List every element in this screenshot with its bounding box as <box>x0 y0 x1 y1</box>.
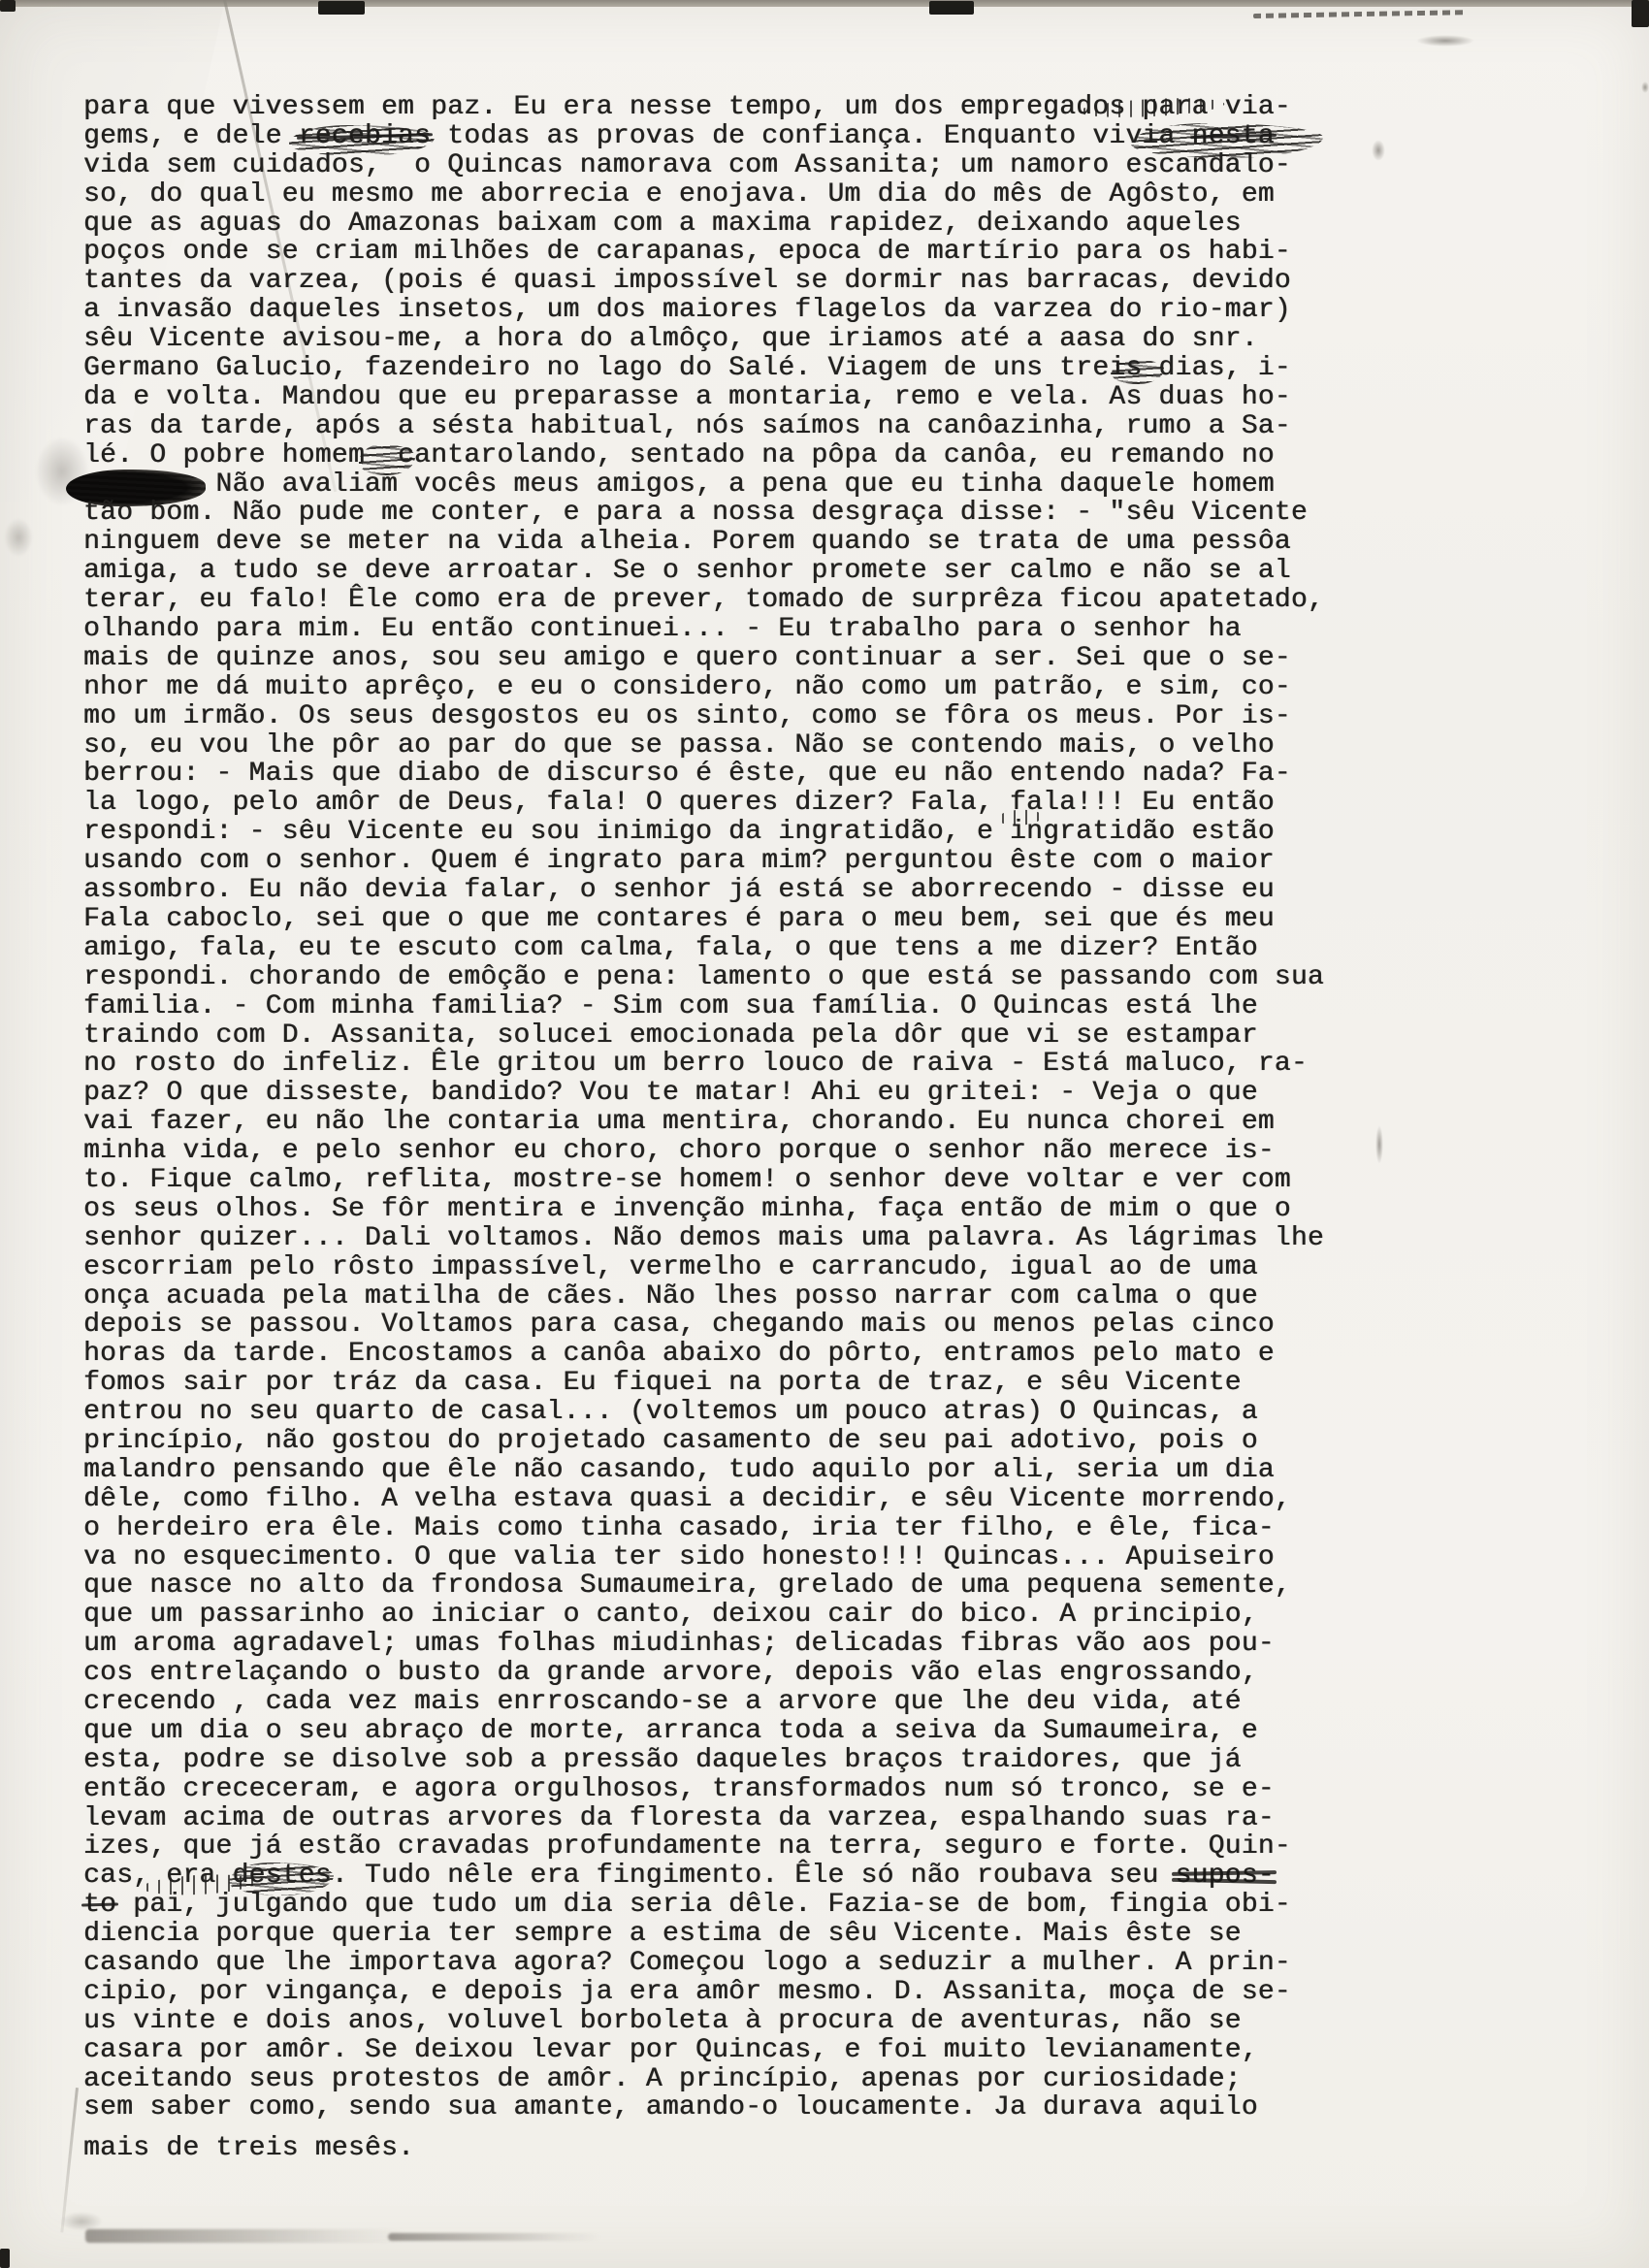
scratch-speck-top-right <box>1416 35 1474 47</box>
text-line: vida sem cuidados, o Quincas namorava co… <box>83 151 1324 180</box>
text-line: ninguem deve se meter na vida alheia. Po… <box>83 528 1324 557</box>
text-line: paz? O que disseste, bandido? Vou te mat… <box>83 1079 1324 1108</box>
smudge-bottom <box>85 2229 405 2243</box>
text-line: cas, era destes. Tudo nêle era fingiment… <box>83 1862 1324 1891</box>
text-line: que um passarinho ao iniciar o canto, de… <box>83 1601 1324 1630</box>
text-line: onça acuada pela matilha de cães. Não lh… <box>83 1282 1324 1312</box>
text-line: respondi: - sêu Vicente eu sou inimigo d… <box>83 818 1324 847</box>
text-line: izes, que já estão cravadas profundament… <box>83 1832 1324 1862</box>
text-line: nhor me dá muito aprêço, e eu o consider… <box>83 673 1324 702</box>
edge-mark-bottom-left <box>0 2249 10 2268</box>
text-line: malandro pensando que êle não casando, t… <box>83 1456 1324 1485</box>
text-line: vai fazer, eu não lhe contaria uma menti… <box>83 1108 1324 1137</box>
text-line: traindo com D. Assanita, solucei emocion… <box>83 1021 1324 1051</box>
text-line: levam acima de outras arvores da florest… <box>83 1804 1324 1833</box>
margin-speck-right-2 <box>1641 81 1649 93</box>
text-line: va no esquecimento. O que valia ter sido… <box>83 1543 1324 1572</box>
struck-text: supos- <box>1175 1861 1274 1891</box>
text-line: gems, e dele recebias todas as provas de… <box>83 122 1324 151</box>
text-line: olhando para mim. Eu então continuei... … <box>83 615 1324 644</box>
text-line: tantes da varzea, (pois é quasi impossív… <box>83 267 1324 296</box>
text-line: que um dia o seu abraço de morte, arranc… <box>83 1717 1324 1746</box>
text-line: que nasce no alto da frondosa Sumaumeira… <box>83 1571 1324 1601</box>
text-line: mais de treis mesês. <box>83 2134 1324 2163</box>
text-line: minha vida, e pelo senhor eu choro, chor… <box>83 1137 1324 1166</box>
text-line: cipio, por vingança, e depois ja era amô… <box>83 1978 1324 2007</box>
text-line: assombro. Eu não devia falar, o senhor j… <box>83 876 1324 905</box>
scan-edge-bar-top <box>0 0 1649 7</box>
text-line: Germano Galucio, fazendeiro no lago do S… <box>83 354 1324 383</box>
text-line: fomos sair por tráz da casa. Eu fiquei n… <box>83 1369 1324 1398</box>
margin-speck-right-3 <box>1375 1125 1383 1164</box>
text-line: lé. O pobre homem cantarolando, sentado … <box>83 441 1324 470</box>
text-line: no rosto do infeliz. Êle gritou um berro… <box>83 1050 1324 1079</box>
text-line: terar, eu falo! Êle como era de prever, … <box>83 586 1324 615</box>
text-line: esta, podre se disolve sob a pressão daq… <box>83 1746 1324 1775</box>
margin-speck-right-1 <box>1372 140 1385 161</box>
text-line: crecendo , cada vez mais enrroscando-se … <box>83 1688 1324 1717</box>
scratch-line-top-right <box>1253 10 1467 18</box>
text-line: Não avaliam vocês meus amigos, a pena qu… <box>83 470 1324 500</box>
text-line: aceitando seus protestos de amôr. A prin… <box>83 2065 1324 2094</box>
text-line: cos entrelaçando o busto da grande arvor… <box>83 1659 1324 1688</box>
text-line: senhor quizer... Dali voltamos. Não demo… <box>83 1224 1324 1253</box>
text-line: sem saber como, sendo sua amante, amando… <box>83 2093 1324 2122</box>
text-line: mo um irmão. Os seus desgostos eu os sin… <box>83 702 1324 731</box>
text-line: so, eu vou lhe pôr ao par do que se pass… <box>83 731 1324 761</box>
text-line: que as aguas do Amazonas baixam com a ma… <box>83 210 1324 239</box>
text-line: amigo, fala, eu te escuto com calma, fal… <box>83 934 1324 963</box>
crease-bottom-left <box>60 2088 79 2232</box>
smudge-bottom-tail <box>388 2233 601 2241</box>
text-line: familia. - Com minha familia? - Sim com … <box>83 992 1324 1021</box>
text-line: berrou: - Mais que diabo de discurso é ê… <box>83 760 1324 789</box>
text-line: um aroma agradavel; umas folhas miudinha… <box>83 1630 1324 1659</box>
text-line: to pai, julgando que tudo um dia seria d… <box>83 1891 1324 1920</box>
text-line: ras da tarde, após a sésta habitual, nós… <box>83 412 1324 441</box>
text-line: tão bom. Não pude me conter, e para a no… <box>83 499 1324 528</box>
crease-hook-bottom-left <box>60 2212 103 2231</box>
struck-text: nesta <box>1192 121 1275 151</box>
text-line: casando que lhe importava agora? Começou… <box>83 1949 1324 1978</box>
text-line: da e volta. Mandou que eu preparasse a m… <box>83 383 1324 412</box>
text-line: la logo, pelo amôr de Deus, fala! O quer… <box>83 789 1324 818</box>
struck-text: recebias <box>299 121 431 151</box>
text-line: so, do qual eu mesmo me aborrecia e enoj… <box>83 180 1324 210</box>
text-line: horas da tarde. Encostamos a canôa abaix… <box>83 1340 1324 1369</box>
text-line: depois se passou. Voltamos para casa, ch… <box>83 1311 1324 1340</box>
text-line: casara por amôr. Se deixou levar por Qui… <box>83 2036 1324 2065</box>
text-line: princípio, não gostou do projetado casam… <box>83 1427 1324 1456</box>
text-line: diencia porque queria ter sempre a estim… <box>83 1920 1324 1949</box>
text-line: a invasão daqueles insetos, um dos maior… <box>83 296 1324 325</box>
text-line: escorriam pelo rôsto impassível, vermelh… <box>83 1253 1324 1282</box>
text-line: mais de quinze anos, sou seu amigo e que… <box>83 644 1324 673</box>
text-line: respondi. chorando de emôção e pena: lam… <box>83 963 1324 992</box>
text-line: para que vivessem em paz. Eu era nesse t… <box>83 93 1324 122</box>
text-line: us vinte e dois anos, voluvel borboleta … <box>83 2007 1324 2036</box>
text-line: então crececeram, e agora orgulhosos, tr… <box>83 1775 1324 1804</box>
text-line: o herdeiro era êle. Mais como tinha casa… <box>83 1514 1324 1543</box>
text-line: poços onde se criam milhões de carapanas… <box>83 238 1324 267</box>
text-line: Fala caboclo, sei que o que me contares … <box>83 905 1324 934</box>
corner-mark-top-right <box>1632 0 1649 27</box>
binding-mark-left <box>318 1 365 15</box>
struck-text: to <box>83 1890 116 1920</box>
text-line: usando com o senhor. Quem é ingrato para… <box>83 847 1324 876</box>
binding-mark-right <box>929 1 974 15</box>
text-line: amiga, a tudo se deve arroatar. Se o sen… <box>83 557 1324 586</box>
text-line: os seus olhos. Se fôr mentira e invenção… <box>83 1195 1324 1224</box>
text-line: sêu Vicente avisou-me, a hora do almôço,… <box>83 325 1324 354</box>
scanned-page: para que vivessem em paz. Eu era nesse t… <box>0 0 1649 2268</box>
margin-smear-left-2 <box>4 518 33 557</box>
text-line: dêle, como filho. A velha estava quasi a… <box>83 1485 1324 1514</box>
text-line: entrou no seu quarto de casal... (voltem… <box>83 1398 1324 1427</box>
text-line: to. Fique calmo, reflita, mostre-se home… <box>83 1166 1324 1195</box>
typewritten-text: para que vivessem em paz. Eu era nesse t… <box>83 93 1324 2163</box>
